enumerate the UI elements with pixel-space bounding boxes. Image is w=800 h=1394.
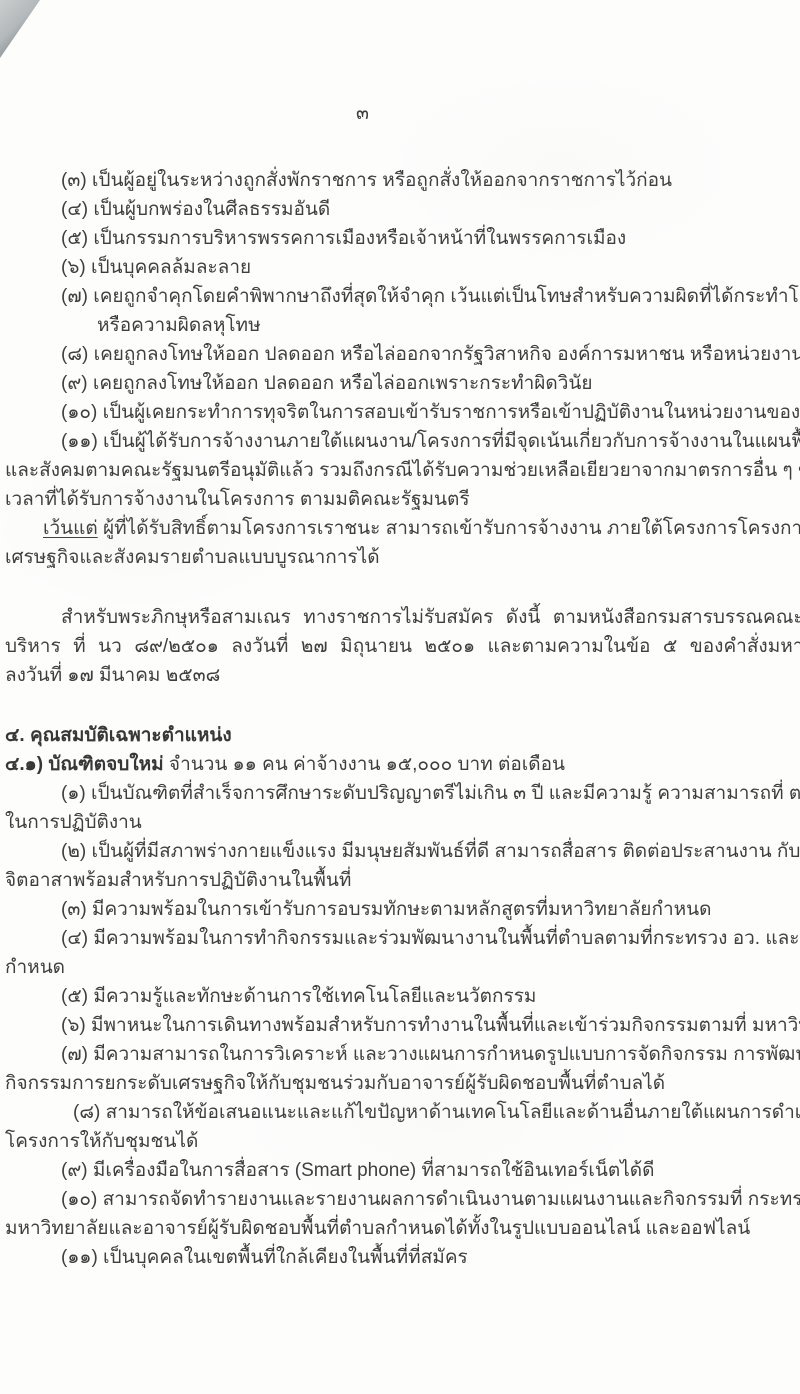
text-segment: ๔. คุณสมบัติเฉพาะตำแหน่ง bbox=[5, 725, 232, 746]
text-segment: (๙) เคยถูกลงโทษให้ออก ปลดออก หรือไล่ออกเ… bbox=[61, 373, 593, 394]
text-line: (๑๑) เป็นผู้ได้รับการจ้างงานภายใต้แผนงาน… bbox=[5, 427, 797, 456]
text-line: (๙) มีเครื่องมือในการสื่อสาร (Smart phon… bbox=[5, 1156, 797, 1185]
text-segment: (๕) มีความรู้และทักษะด้านการใช้เทคโนโลยี… bbox=[61, 986, 536, 1007]
underlined-text: เว้นแต่ bbox=[43, 518, 98, 539]
text-segment: เศรษฐกิจและสังคมรายตำบลแบบบูรณาการได้ bbox=[5, 547, 380, 568]
text-segment: (๗) มีความสามารถในการวิเคราะห์ และวางแผน… bbox=[61, 1044, 800, 1065]
text-line: (๗) เคยถูกจำคุกโดยคำพิพากษาถึงที่สุดให้จ… bbox=[5, 282, 797, 311]
text-segment: กิจกรรมการยกระดับเศรษฐกิจให้กับชุมชนร่วม… bbox=[5, 1073, 665, 1094]
text-segment: หรือความผิดลหุโทษ bbox=[97, 315, 261, 336]
page-number: ๓ bbox=[356, 102, 369, 126]
text-segment: เวลาที่ได้รับการจ้างงานในโครงการ ตามมติค… bbox=[5, 489, 470, 510]
text-segment: ในการปฏิบัติงาน bbox=[5, 812, 142, 833]
bold-text: ๔.๑) บัณฑิตจบใหม่ bbox=[5, 754, 164, 775]
text-line: บริหาร ที่ นว ๘๙/๒๕๐๑ ลงวันที่ ๒๗ มิถุนา… bbox=[5, 632, 797, 661]
text-line: ลงวันที่ ๑๗ มีนาคม ๒๕๓๘ bbox=[5, 661, 797, 690]
text-segment: กำหนด bbox=[5, 957, 65, 978]
text-line: (๒) เป็นผู้ที่มีสภาพร่างกายแข็งแรง มีมนุ… bbox=[5, 837, 797, 866]
text-line: เศรษฐกิจและสังคมรายตำบลแบบบูรณาการได้ bbox=[5, 543, 797, 572]
text-line: เวลาที่ได้รับการจ้างงานในโครงการ ตามมติค… bbox=[5, 485, 797, 514]
text-segment: (๖) มีพาหนะในการเดินทางพร้อมสำหรับการทำง… bbox=[61, 1015, 800, 1036]
text-segment: (๑๑) เป็นบุคคลในเขตพื้นที่ใกล้เคียงในพื้… bbox=[61, 1247, 468, 1268]
text-segment: บริหาร ที่ นว ๘๙/๒๕๐๑ ลงวันที่ ๒๗ มิถุนา… bbox=[5, 636, 800, 657]
text-line: (๕) มีความรู้และทักษะด้านการใช้เทคโนโลยี… bbox=[5, 982, 797, 1011]
text-line: ๔.๑) บัณฑิตจบใหม่ จำนวน ๑๑ คน ค่าจ้างงาน… bbox=[5, 750, 797, 779]
text-segment: (๘) เคยถูกลงโทษให้ออก ปลดออก หรือไล่ออกจ… bbox=[61, 344, 800, 365]
text-segment: (๖) เป็นบุคคลล้มละลาย bbox=[61, 257, 251, 278]
text-line: สำหรับพระภิกษุหรือสามเณร ทางราชการไม่รับ… bbox=[5, 603, 797, 632]
text-line: (๓) มีความพร้อมในการเข้ารับการอบรมทักษะต… bbox=[5, 895, 797, 924]
text-segment: (๘) สามารถให้ข้อเสนอแนะและแก้ไขปัญหาด้าน… bbox=[73, 1102, 800, 1123]
text-segment: (๑๐) สามารถจัดทำรายงานและรายงานผลการดำเน… bbox=[61, 1189, 800, 1210]
text-segment: (๙) มีเครื่องมือในการสื่อสาร (Smart phon… bbox=[61, 1160, 654, 1181]
text-line: (๓) เป็นผู้อยู่ในระหว่างถูกสั่งพักราชการ… bbox=[5, 166, 797, 195]
text-line: กำหนด bbox=[5, 953, 797, 982]
text-segment: ลงวันที่ ๑๗ มีนาคม ๒๕๓๘ bbox=[5, 665, 220, 686]
page-curl-corner bbox=[0, 0, 40, 58]
text-line: (๑๑) เป็นบุคคลในเขตพื้นที่ใกล้เคียงในพื้… bbox=[5, 1243, 797, 1272]
text-segment: (๑๐) เป็นผู้เคยกระทำการทุจริตในการสอบเข้… bbox=[61, 402, 800, 423]
text-line: (๙) เคยถูกลงโทษให้ออก ปลดออก หรือไล่ออกเ… bbox=[5, 369, 797, 398]
text-segment: (๓) มีความพร้อมในการเข้ารับการอบรมทักษะต… bbox=[61, 899, 711, 920]
text-line: (๗) มีความสามารถในการวิเคราะห์ และวางแผน… bbox=[5, 1040, 797, 1069]
text-segment: โครงการให้กับชุมชนได้ bbox=[5, 1131, 198, 1152]
text-line: ๔. คุณสมบัติเฉพาะตำแหน่ง bbox=[5, 721, 797, 750]
text-line: (๘) เคยถูกลงโทษให้ออก ปลดออก หรือไล่ออกจ… bbox=[5, 340, 797, 369]
text-segment: (๔) เป็นผู้บกพร่องในศีลธรรมอันดี bbox=[61, 199, 330, 220]
document-body: (๓) เป็นผู้อยู่ในระหว่างถูกสั่งพักราชการ… bbox=[5, 166, 797, 1272]
text-segment: และสังคมตามคณะรัฐมนตรีอนุมัติแล้ว รวมถึง… bbox=[5, 460, 800, 481]
text-line: (๔) มีความพร้อมในการทำกิจกรรมและร่วมพัฒน… bbox=[5, 924, 797, 953]
text-segment: (๕) เป็นกรรมการบริหารพรรคการเมืองหรือเจ้… bbox=[61, 228, 626, 249]
text-line: เว้นแต่ ผู้ที่ได้รับสิทธิ์ตามโครงการเราช… bbox=[5, 514, 797, 543]
text-line: ในการปฏิบัติงาน bbox=[5, 808, 797, 837]
text-segment: (๔) มีความพร้อมในการทำกิจกรรมและร่วมพัฒน… bbox=[61, 928, 800, 949]
text-line: (๑๐) เป็นผู้เคยกระทำการทุจริตในการสอบเข้… bbox=[5, 398, 797, 427]
text-line: หรือความผิดลหุโทษ bbox=[5, 311, 797, 340]
text-line: (๖) เป็นบุคคลล้มละลาย bbox=[5, 253, 797, 282]
text-line: จิตอาสาพร้อมสำหรับการปฏิบัติงานในพื้นที่ bbox=[5, 866, 797, 895]
text-segment: มหาวิทยาลัยและอาจารย์ผู้รับผิดชอบพื้นที่… bbox=[5, 1218, 750, 1239]
text-line: และสังคมตามคณะรัฐมนตรีอนุมัติแล้ว รวมถึง… bbox=[5, 456, 797, 485]
text-segment: (๓) เป็นผู้อยู่ในระหว่างถูกสั่งพักราชการ… bbox=[61, 170, 672, 191]
text-segment: (๒) เป็นผู้ที่มีสภาพร่างกายแข็งแรง มีมนุ… bbox=[61, 841, 800, 862]
text-segment: (๑) เป็นบัณฑิตที่สำเร็จการศึกษาระดับปริญ… bbox=[61, 783, 800, 804]
text-line: กิจกรรมการยกระดับเศรษฐกิจให้กับชุมชนร่วม… bbox=[5, 1069, 797, 1098]
text-segment: (๑๑) เป็นผู้ได้รับการจ้างงานภายใต้แผนงาน… bbox=[61, 431, 800, 452]
text-line: โครงการให้กับชุมชนได้ bbox=[5, 1127, 797, 1156]
text-segment: จำนวน ๑๑ คน ค่าจ้างงาน ๑๕,๐๐๐ บาท ต่อเดื… bbox=[164, 754, 565, 775]
text-line: (๖) มีพาหนะในการเดินทางพร้อมสำหรับการทำง… bbox=[5, 1011, 797, 1040]
text-segment: จิตอาสาพร้อมสำหรับการปฏิบัติงานในพื้นที่ bbox=[5, 870, 351, 891]
text-segment: ผู้ที่ได้รับสิทธิ์ตามโครงการเราชนะ สามาร… bbox=[98, 518, 800, 539]
text-line: (๘) สามารถให้ข้อเสนอแนะและแก้ไขปัญหาด้าน… bbox=[5, 1098, 797, 1127]
text-line: (๑๐) สามารถจัดทำรายงานและรายงานผลการดำเน… bbox=[5, 1185, 797, 1214]
text-line: (๔) เป็นผู้บกพร่องในศีลธรรมอันดี bbox=[5, 195, 797, 224]
text-line: มหาวิทยาลัยและอาจารย์ผู้รับผิดชอบพื้นที่… bbox=[5, 1214, 797, 1243]
text-segment: สำหรับพระภิกษุหรือสามเณร ทางราชการไม่รับ… bbox=[61, 607, 800, 628]
scanned-document-page: ๓ (๓) เป็นผู้อยู่ในระหว่างถูกสั่งพักราชก… bbox=[0, 0, 800, 1394]
text-segment: (๗) เคยถูกจำคุกโดยคำพิพากษาถึงที่สุดให้จ… bbox=[61, 286, 800, 307]
text-line: (๕) เป็นกรรมการบริหารพรรคการเมืองหรือเจ้… bbox=[5, 224, 797, 253]
text-line: (๑) เป็นบัณฑิตที่สำเร็จการศึกษาระดับปริญ… bbox=[5, 779, 797, 808]
